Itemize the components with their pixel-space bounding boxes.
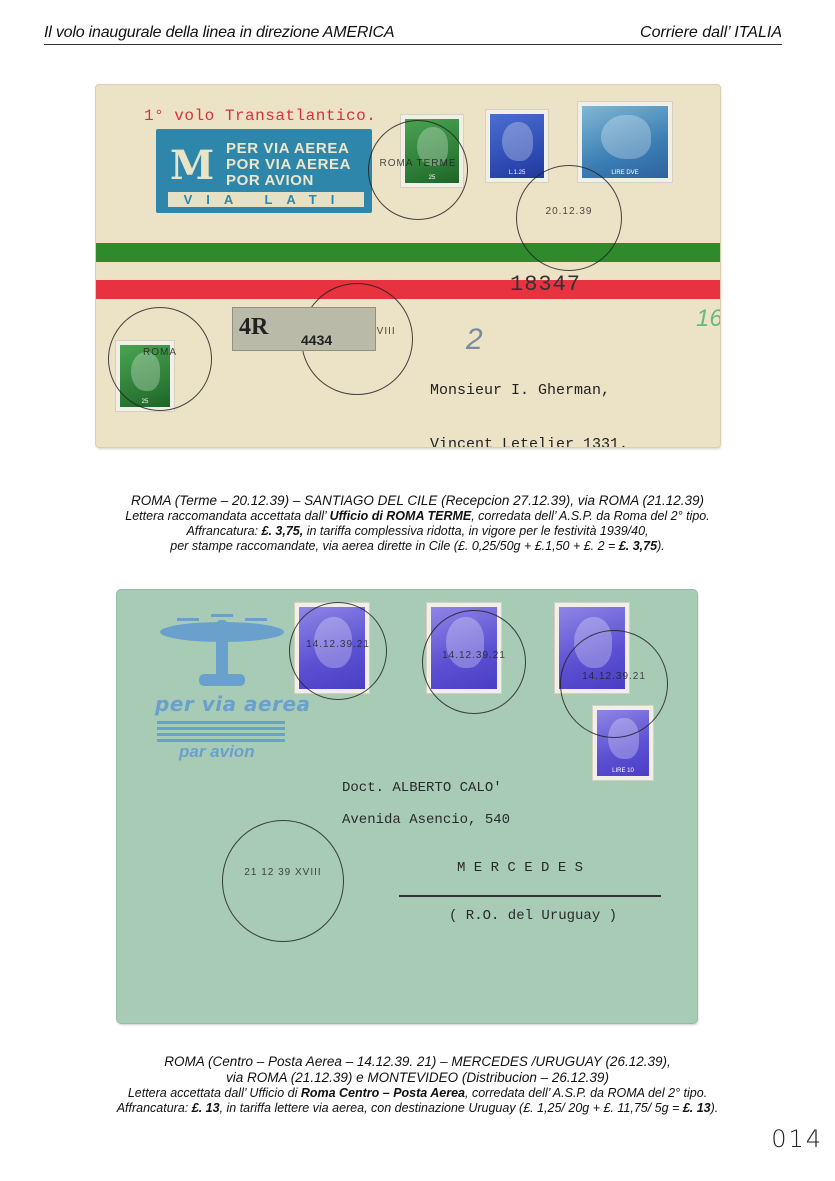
page-header: Il volo inaugurale della linea in direzi… (44, 22, 782, 45)
red-stripe (96, 280, 720, 299)
registration-label: 4R 4434 (232, 307, 376, 351)
par-avion-print: par avion (179, 742, 255, 762)
postmark-roma: ROMA (108, 307, 212, 411)
pencil-mark-16: 16 (696, 305, 720, 333)
postmark-roma-centro-3: 14.12.39.21 (560, 630, 668, 738)
cover-1-postcard: 1° volo Transatlantico. M PER VIA AEREA … (96, 85, 720, 447)
caption-cover-2: ROMA (Centro – Posta Aerea – 14.12.39. 2… (0, 1054, 835, 1116)
postmark-roma-centro-1: 14.12.39.21 (289, 602, 387, 700)
address-rule (399, 895, 661, 897)
green-stripe (96, 243, 720, 262)
caption-cover-1: ROMA (Terme – 20.12.39) – SANTIAGO DEL C… (0, 493, 835, 554)
address-line: Monsieur I. Gherman, (430, 382, 628, 400)
via-lati-band: VIA LATI (168, 192, 364, 207)
king-portrait-icon (502, 122, 533, 162)
address-block: Monsieur I. Gherman, Vincent Letelier 13… (430, 346, 628, 447)
postmark-roma-terme: ROMA TERME (368, 120, 468, 220)
address-line: Doct. ALBERTO CALO' (342, 780, 502, 796)
address-line: Avenida Asencio, 540 (342, 812, 510, 828)
leonardo-portrait-icon (601, 115, 651, 160)
per-via-aerea-print: per via aerea (155, 692, 311, 716)
postmark-first-flight-rio: 21 12 39 XVIII (222, 820, 344, 942)
section-title: Corriere dall’ ITALIA (640, 24, 782, 42)
page-number: 014 (771, 1125, 823, 1153)
lati-logo-icon: M (170, 145, 212, 187)
airmail-label-lines: PER VIA AEREA POR VIA AEREA POR AVION (226, 141, 351, 189)
address-line: M E R C E D E S (457, 860, 583, 876)
airplane-icon (157, 612, 287, 692)
airmail-label: M PER VIA AEREA POR VIA AEREA POR AVION … (156, 129, 372, 213)
postmark-roma-terme-2: 20.12.39 (516, 165, 622, 271)
registration-label-number: 4434 (301, 332, 332, 348)
registration-number: 18347 (510, 272, 581, 297)
page-title: Il volo inaugurale della linea in direzi… (44, 24, 394, 42)
stamp-blue-125: L.1.25 (486, 110, 548, 182)
cover-2-envelope: per via aerea par avion LIRE 10 14.12.39… (117, 590, 697, 1023)
first-flight-annotation: 1° volo Transatlantico. (144, 107, 376, 125)
registration-letter: 4R (239, 314, 268, 341)
address-line: ( R.O. del Uruguay ) (449, 908, 617, 924)
address-line: Vincent Letelier 1331. (430, 436, 628, 447)
postmark-roma-centro-2: 14.12.39.21 (422, 610, 526, 714)
